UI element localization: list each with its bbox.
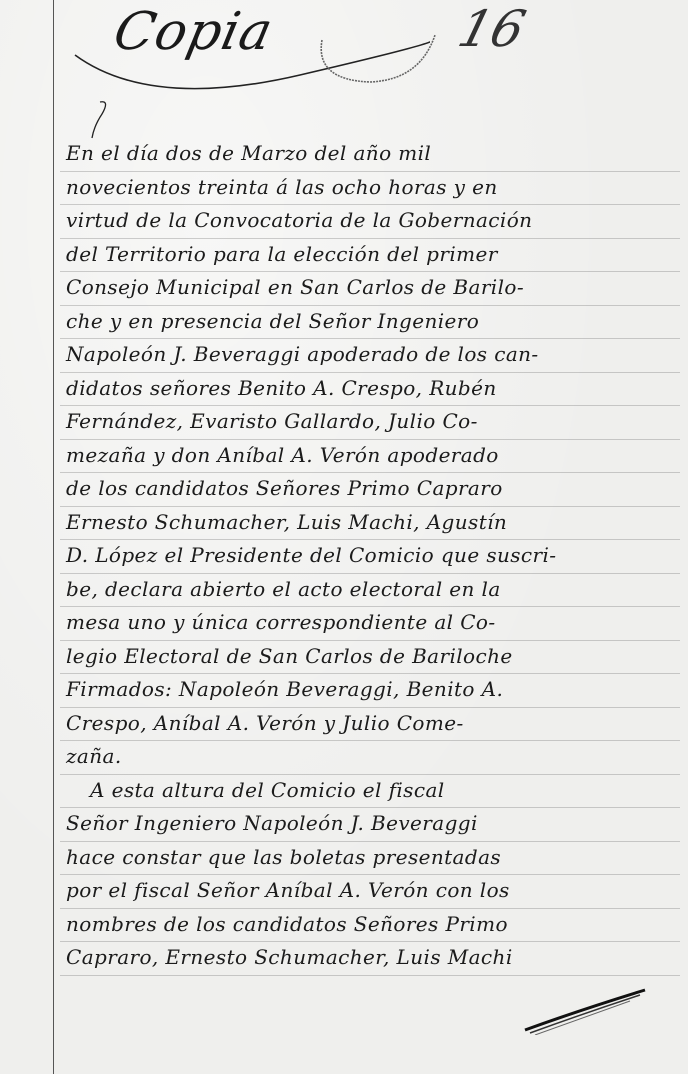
text-line: A esta altura del Comicio el fiscal [60, 775, 680, 809]
text-line: por el fiscal Señor Aníbal A. Verón con … [60, 875, 680, 909]
margin-rule [53, 0, 54, 1074]
text-line: be, declara abierto el acto electoral en… [60, 574, 680, 608]
text-line: Firmados: Napoleón Beveraggi, Benito A. [60, 674, 680, 708]
text-line: Crespo, Aníbal A. Verón y Julio Come- [60, 708, 680, 742]
text-line: de los candidatos Señores Primo Capraro [60, 473, 680, 507]
text-line: Napoleón J. Beveraggi apoderado de los c… [60, 339, 680, 373]
text-line: Consejo Municipal en San Carlos de Baril… [60, 272, 680, 306]
text-line: didatos señores Benito A. Crespo, Rubén [60, 373, 680, 407]
manuscript-body: En el día dos de Marzo del año mil novec… [60, 138, 680, 976]
document-title: Copia [109, 2, 279, 62]
text-line: Fernández, Evaristo Gallardo, Julio Co- [60, 406, 680, 440]
text-line: nombres de los candidatos Señores Primo [60, 909, 680, 943]
initial-flourish [82, 100, 112, 140]
text-line: En el día dos de Marzo del año mil [60, 138, 680, 172]
text-line: che y en presencia del Señor Ingeniero [60, 306, 680, 340]
text-line: Ernesto Schumacher, Luis Machi, Agustín [60, 507, 680, 541]
text-line: D. López el Presidente del Comicio que s… [60, 540, 680, 574]
text-line: Capraro, Ernesto Schumacher, Luis Machi [60, 942, 680, 976]
page-number: 16 [452, 0, 531, 58]
text-line: virtud de la Convocatoria de la Gobernac… [60, 205, 680, 239]
text-line: legio Electoral de San Carlos de Bariloc… [60, 641, 680, 675]
manuscript-page: Copia 16 En el día dos de Marzo del año … [0, 0, 688, 1074]
text-line: novecientos treinta á las ocho horas y e… [60, 172, 680, 206]
text-line: mezaña y don Aníbal A. Verón apoderado [60, 440, 680, 474]
page-number-circle [310, 10, 440, 90]
closing-flourish [520, 985, 650, 1035]
text-line: Señor Ingeniero Napoleón J. Beveraggi [60, 808, 680, 842]
text-line: mesa uno y única correspondiente al Co- [60, 607, 680, 641]
text-line: zaña. [60, 741, 680, 775]
text-line: hace constar que las boletas presentadas [60, 842, 680, 876]
text-line: del Territorio para la elección del prim… [60, 239, 680, 273]
